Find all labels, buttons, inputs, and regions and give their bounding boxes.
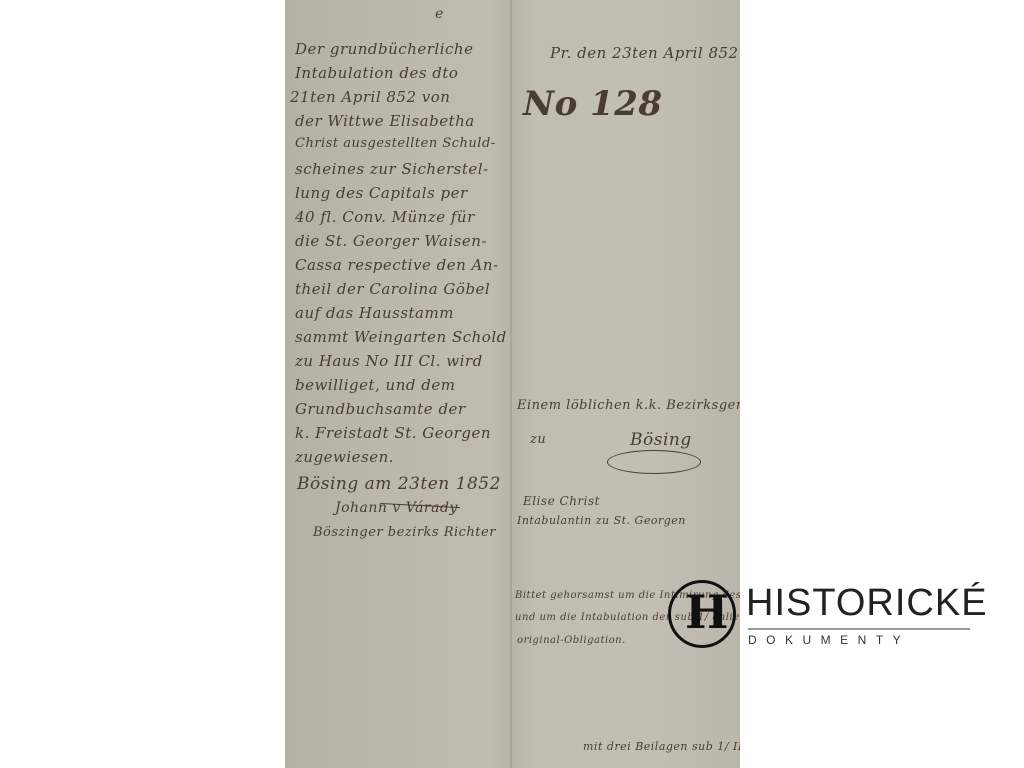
address-line: Einem löblichen k.k. Bezirksgericht xyxy=(517,398,740,413)
left-line: der Wittwe Elisabetha xyxy=(295,112,475,130)
historicke-dokumenty-logo: H HISTORICKÉ DOKUMENTY xyxy=(668,577,973,657)
left-line: Intabulation des dto xyxy=(295,64,458,82)
left-line: k. Freistadt St. Georgen xyxy=(295,424,491,442)
header-mark: e xyxy=(435,6,444,22)
enclosures-note: mit drei Beilagen sub 1/ II/ & III/ xyxy=(583,740,740,753)
logo-divider xyxy=(748,628,970,630)
logo-title: HISTORICKÉ xyxy=(746,583,988,623)
date-line: Bösing am 23ten 1852 xyxy=(297,474,501,494)
left-line: zu Haus No III Cl. wird xyxy=(295,352,483,370)
left-line: Christ ausgestellten Schuld- xyxy=(295,136,496,151)
signature-title: Böszinger bezirks Richter xyxy=(313,525,496,540)
sender-role: Intabulantin zu St. Georgen xyxy=(517,514,686,527)
left-line: Cassa respective den An- xyxy=(295,256,499,274)
left-line: auf das Hausstamm xyxy=(295,304,454,322)
logo-subtitle: DOKUMENTY xyxy=(748,633,910,647)
left-line: Der grundbücherliche xyxy=(295,40,473,58)
left-line: theil der Carolina Göbel xyxy=(295,280,490,298)
left-line: die St. Georger Waisen- xyxy=(295,232,487,250)
left-line: Grundbuchsamte der xyxy=(295,400,466,418)
address-place: Bösing xyxy=(630,430,692,450)
address-zu: zu xyxy=(530,432,546,447)
left-line: 40 fl. Conv. Münze für xyxy=(295,208,475,226)
center-fold xyxy=(510,0,512,768)
place-flourish xyxy=(607,450,701,474)
received-date: Pr. den 23ten April 852 xyxy=(550,44,739,62)
left-line: zugewiesen. xyxy=(295,448,394,466)
left-line: 21ten April 852 von xyxy=(290,88,450,106)
registry-number: No 128 xyxy=(523,84,663,124)
sender-name: Elise Christ xyxy=(523,494,600,508)
left-line: bewilliget, und dem xyxy=(295,376,455,394)
left-line: lung des Capitals per xyxy=(295,184,468,202)
request-line: original-Obligation. xyxy=(517,635,626,646)
left-line: sammt Weingarten Schold xyxy=(295,328,507,346)
signature: Johann v Várady xyxy=(335,500,458,516)
left-line: scheines zur Sicherstel- xyxy=(295,160,489,178)
logo-monogram: H xyxy=(685,585,728,639)
